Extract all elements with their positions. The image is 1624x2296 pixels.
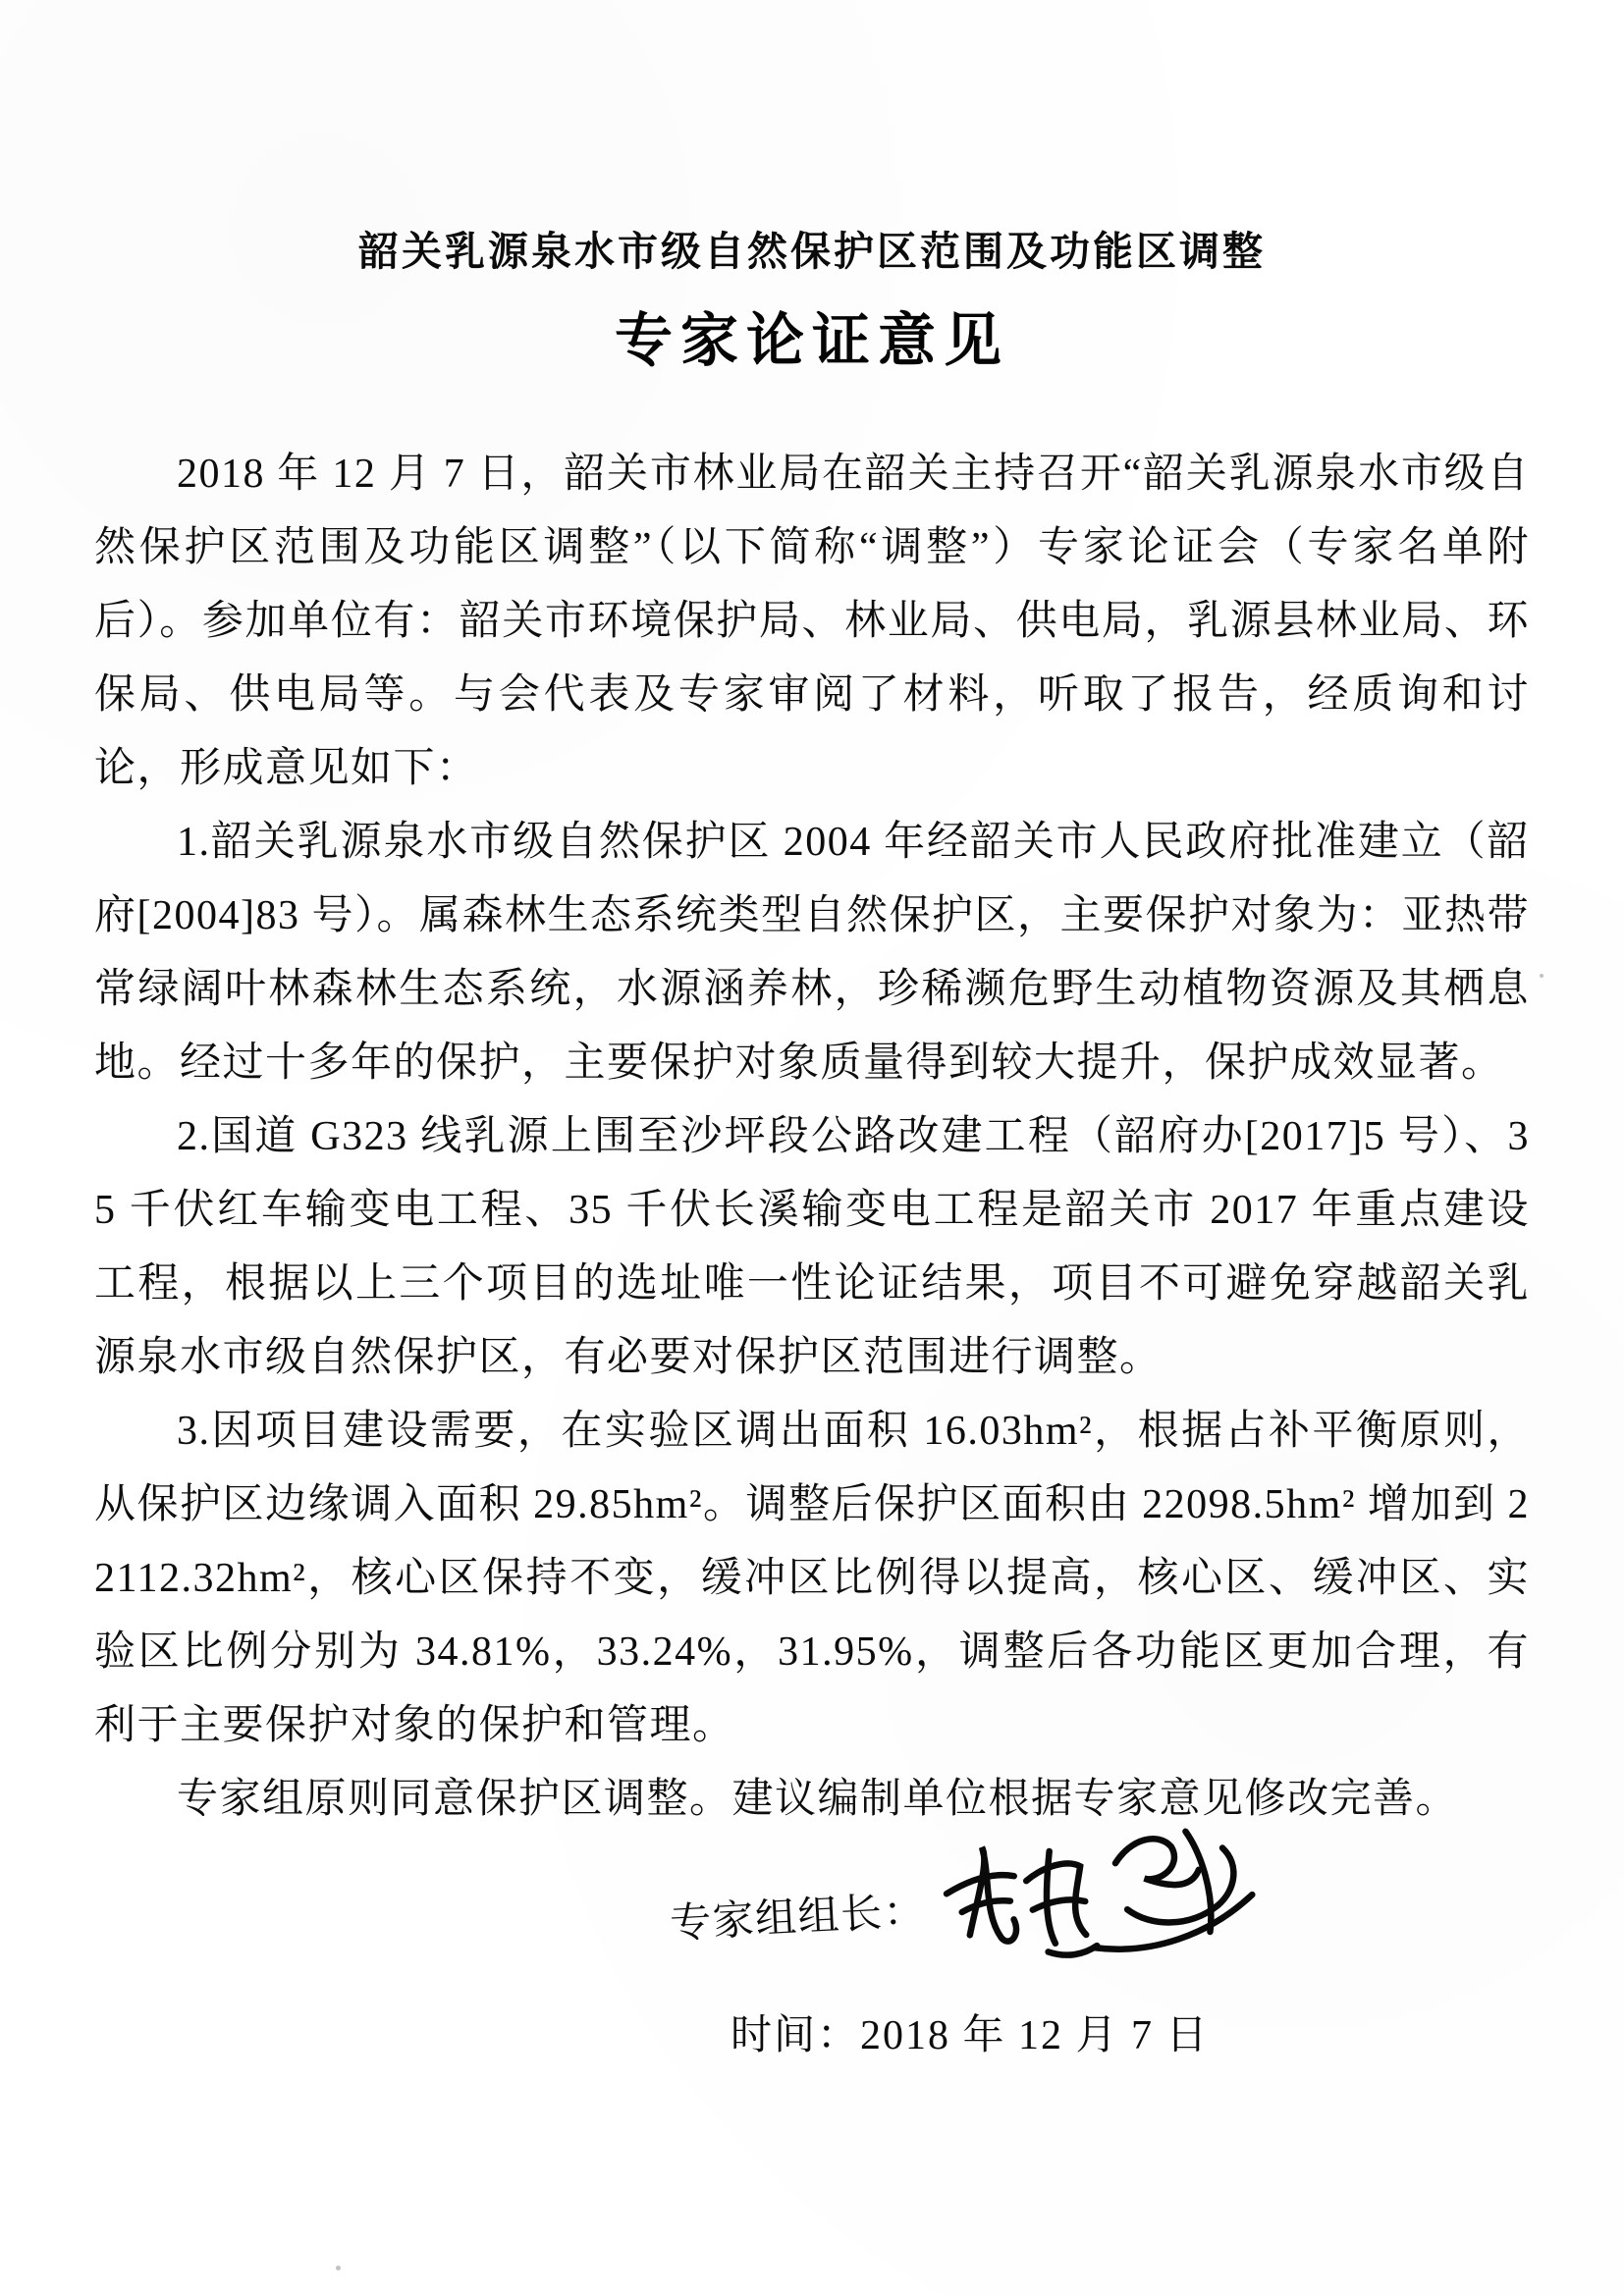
scan-speck — [1540, 974, 1543, 978]
paragraph-item-1: 1.韶关乳源泉水市级自然保护区 2004 年经韶关市人民政府批准建立（韶府[20… — [94, 806, 1530, 1100]
paragraph-item-3: 3.因项目建设需要，在实验区调出面积 16.03hm²，根据占补平衡原则，从保护… — [94, 1395, 1530, 1763]
signature-label: 专家组组长： — [669, 1878, 928, 1950]
handwritten-signature-icon — [928, 1807, 1264, 1987]
document-title: 韶关乳源泉水市级自然保护区范围及功能区调整 — [94, 224, 1530, 279]
scan-speck — [336, 2266, 341, 2270]
paragraph-conclusion: 专家组原则同意保护区调整。建议编制单位根据专家意见修改完善。 — [94, 1763, 1530, 1837]
document-subtitle: 专家论证意见 — [94, 300, 1530, 381]
scanned-document-page: 韶关乳源泉水市级自然保护区范围及功能区调整 专家论证意见 2018 年 12 月… — [0, 0, 1624, 2296]
date-line: 时间：2018 年 12 月 7 日 — [94, 2005, 1530, 2066]
signature-row: 专家组组长： — [94, 1850, 1530, 1978]
paragraph-item-2: 2.国道 G323 线乳源上围至沙坪段公路改建工程（韶府办[2017]5 号）、… — [94, 1100, 1530, 1395]
paragraph-intro: 2018 年 12 月 7 日，韶关市林业局在韶关主持召开“韶关乳源泉水市级自然… — [94, 438, 1530, 806]
